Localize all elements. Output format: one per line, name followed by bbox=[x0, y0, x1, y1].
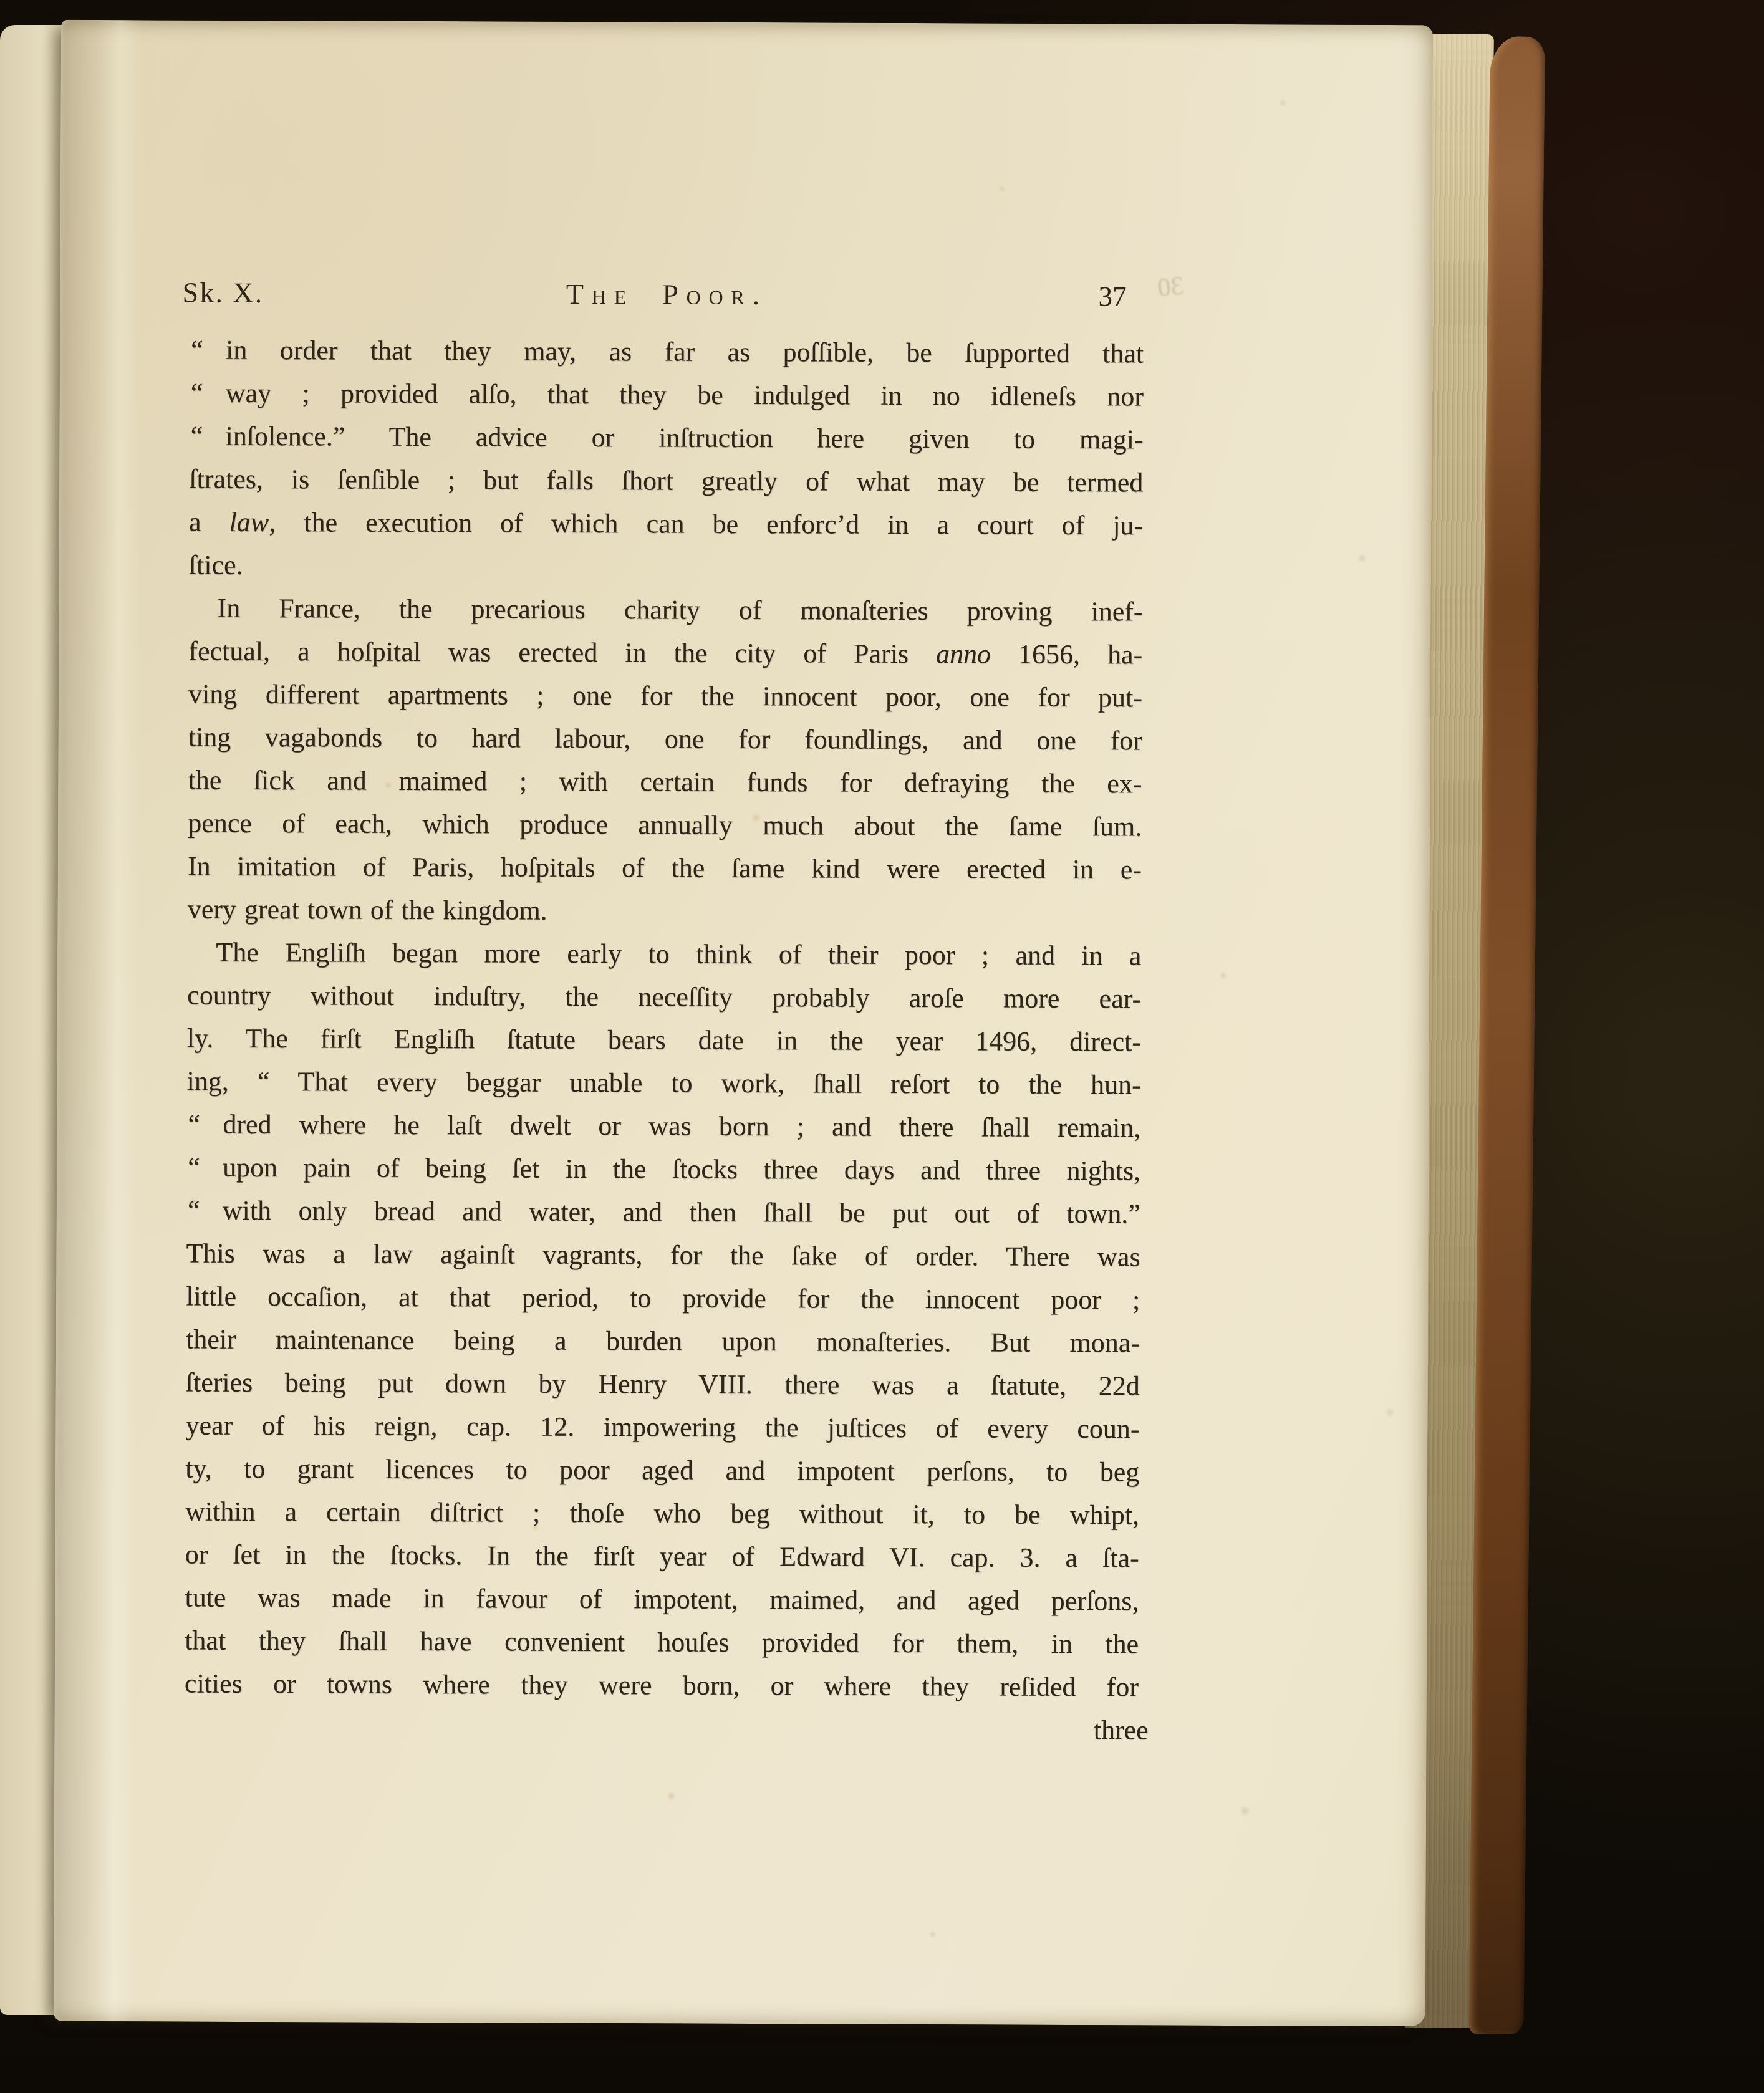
text-line: the ſick and maimed ; with certain funds… bbox=[188, 759, 1142, 806]
text-line: In France, the precarious charity of mon… bbox=[188, 587, 1142, 633]
text-segment: ty, to grant licences to poor aged and i… bbox=[185, 1453, 1139, 1488]
text-line: ſtice. bbox=[189, 544, 1143, 590]
text-segment: ving different apartments ; one for the … bbox=[188, 679, 1142, 713]
text-line: their maintenance being a burden upon mo… bbox=[186, 1318, 1140, 1365]
hanging-quote: “ bbox=[188, 1189, 200, 1232]
text-line: ly. The firſt Engliſh ſtatute bears date… bbox=[187, 1017, 1141, 1064]
text-line: year of his reign, cap. 12. impowering t… bbox=[185, 1404, 1139, 1451]
text-line: little occaſion, at that period, to prov… bbox=[186, 1275, 1140, 1322]
text-line: very great town of the kingdom. bbox=[188, 888, 1142, 935]
italic-text: law bbox=[229, 507, 269, 537]
text-line: This was a law againſt vagrants, for the… bbox=[186, 1232, 1140, 1279]
text-segment: ting vagabonds to hard labour, one for f… bbox=[188, 722, 1142, 756]
text-segment: This was a law againſt vagrants, for the… bbox=[186, 1238, 1140, 1273]
text-segment: upon pain of being ſet in the ſtocks thr… bbox=[223, 1152, 1140, 1186]
text-segment: 1656, ha- bbox=[991, 639, 1142, 670]
book-scan: Sk. X. The Poor. 37 30 “in order that th… bbox=[0, 0, 1764, 2093]
text-segment: within a certain diſtrict ; thoſe who be… bbox=[185, 1496, 1139, 1531]
running-header: Sk. X. The Poor. 37 bbox=[190, 271, 1144, 320]
text-line: ting vagabonds to hard labour, one for f… bbox=[188, 716, 1142, 763]
text-segment: ſtrates, is ſenſible ; but falls ſhort g… bbox=[189, 464, 1143, 498]
text-line: ſteries being put down by Henry VIII. th… bbox=[186, 1361, 1140, 1408]
text-line: The Engliſh began more early to think of… bbox=[187, 931, 1141, 978]
text-segment: dred where he laſt dwelt or was born ; a… bbox=[223, 1109, 1140, 1143]
catchword: three bbox=[1094, 1715, 1149, 1745]
text-segment: with only bread and water, and then ſhal… bbox=[223, 1195, 1140, 1229]
text-segment: the ſick and maimed ; with certain funds… bbox=[188, 765, 1142, 799]
hanging-quote: “ bbox=[190, 415, 203, 458]
text-segment: that they ſhall have convenient houſes p… bbox=[185, 1625, 1139, 1660]
text-segment: In France, the precarious charity of mon… bbox=[217, 593, 1142, 627]
text-segment: tute was made in favour of impotent, mai… bbox=[185, 1582, 1139, 1617]
text-segment: very great town of the kingdom. bbox=[188, 894, 547, 926]
text-segment: a bbox=[189, 507, 229, 537]
text-segment: ly. The firſt Engliſh ſtatute bears date… bbox=[187, 1023, 1141, 1057]
text-segment: The Engliſh began more early to think of… bbox=[216, 937, 1141, 971]
text-line: pence of each, which produce annually mu… bbox=[188, 802, 1142, 849]
text-line: “dred where he laſt dwelt or was born ; … bbox=[186, 1103, 1140, 1150]
hanging-quote: “ bbox=[188, 1146, 200, 1189]
text-segment: fectual, a hoſpital was erected in the c… bbox=[188, 636, 936, 670]
gutter-crease-shadow bbox=[54, 20, 142, 2021]
showthrough-mark: 30 bbox=[1156, 271, 1185, 304]
hanging-quote: “ bbox=[191, 372, 203, 415]
text-segment: inſolence.” The advice or inſtruction he… bbox=[226, 421, 1144, 455]
text-segment: little occaſion, at that period, to prov… bbox=[186, 1281, 1140, 1316]
text-line: ty, to grant licences to poor aged and i… bbox=[185, 1447, 1139, 1494]
hanging-quote: “ bbox=[188, 1103, 200, 1146]
text-line: ing, “ That every beggar unable to work,… bbox=[187, 1060, 1141, 1107]
page-number: 37 bbox=[1098, 274, 1126, 318]
text-line: “inſolence.” The advice or inſtruction h… bbox=[189, 415, 1143, 461]
text-line: “with only bread and water, and then ſha… bbox=[186, 1189, 1140, 1236]
text-segment: , the execution of which can be enforc’d… bbox=[269, 507, 1143, 541]
text-segment: in order that they may, as far as poſſib… bbox=[226, 335, 1144, 369]
text-segment: In imitation of Paris, hoſpitals of the … bbox=[188, 851, 1142, 885]
foxing-spots bbox=[61, 20, 63, 22]
text-line: within a certain diſtrict ; thoſe who be… bbox=[185, 1490, 1139, 1537]
text-segment: ſteries being put down by Henry VIII. th… bbox=[186, 1367, 1140, 1402]
text-line: “in order that they may, as far as poſſi… bbox=[190, 329, 1144, 375]
text-line: “way ; provided alſo, that they be indul… bbox=[190, 372, 1144, 418]
text-line: ſtrates, is ſenſible ; but falls ſhort g… bbox=[189, 458, 1143, 504]
hanging-quote: “ bbox=[191, 329, 203, 372]
text-segment: or ſet in the ſtocks. In the firſt year … bbox=[185, 1539, 1139, 1574]
text-segment: pence of each, which produce annually mu… bbox=[188, 808, 1142, 842]
text-line: In imitation of Paris, hoſpitals of the … bbox=[188, 845, 1142, 892]
text-segment: year of his reign, cap. 12. impowering t… bbox=[185, 1410, 1139, 1445]
text-line: ving different apartments ; one for the … bbox=[188, 673, 1142, 719]
catchword-line: three bbox=[185, 1705, 1139, 1752]
text-line: “upon pain of being ſet in the ſtocks th… bbox=[186, 1146, 1140, 1193]
text-line: cities or towns where they were born, or… bbox=[185, 1662, 1139, 1709]
book-page: Sk. X. The Poor. 37 30 “in order that th… bbox=[54, 20, 1433, 2026]
text-line: that they ſhall have convenient houſes p… bbox=[185, 1619, 1139, 1666]
text-segment: their maintenance being a burden upon mo… bbox=[186, 1324, 1140, 1359]
page-text: “in order that they may, as far as poſſi… bbox=[185, 329, 1144, 1709]
text-segment: way ; provided alſo, that they be indulg… bbox=[226, 378, 1144, 412]
page-title: The Poor. bbox=[566, 272, 768, 317]
signature-mark: Sk. X. bbox=[182, 271, 263, 315]
text-line: fectual, a hoſpital was erected in the c… bbox=[188, 630, 1142, 676]
text-segment: cities or towns where they were born, or… bbox=[185, 1668, 1139, 1703]
text-line: or ſet in the ſtocks. In the firſt year … bbox=[185, 1533, 1139, 1580]
text-line: tute was made in favour of impotent, mai… bbox=[185, 1576, 1139, 1623]
text-segment: ing, “ That every beggar unable to work,… bbox=[187, 1066, 1141, 1100]
text-segment: country without induſtry, the neceſſity … bbox=[187, 980, 1141, 1014]
text-line: country without induſtry, the neceſſity … bbox=[187, 974, 1141, 1021]
text-line: a law, the execution of which can be enf… bbox=[189, 501, 1143, 547]
text-segment: ſtice. bbox=[189, 550, 243, 580]
italic-text: anno bbox=[936, 638, 991, 669]
